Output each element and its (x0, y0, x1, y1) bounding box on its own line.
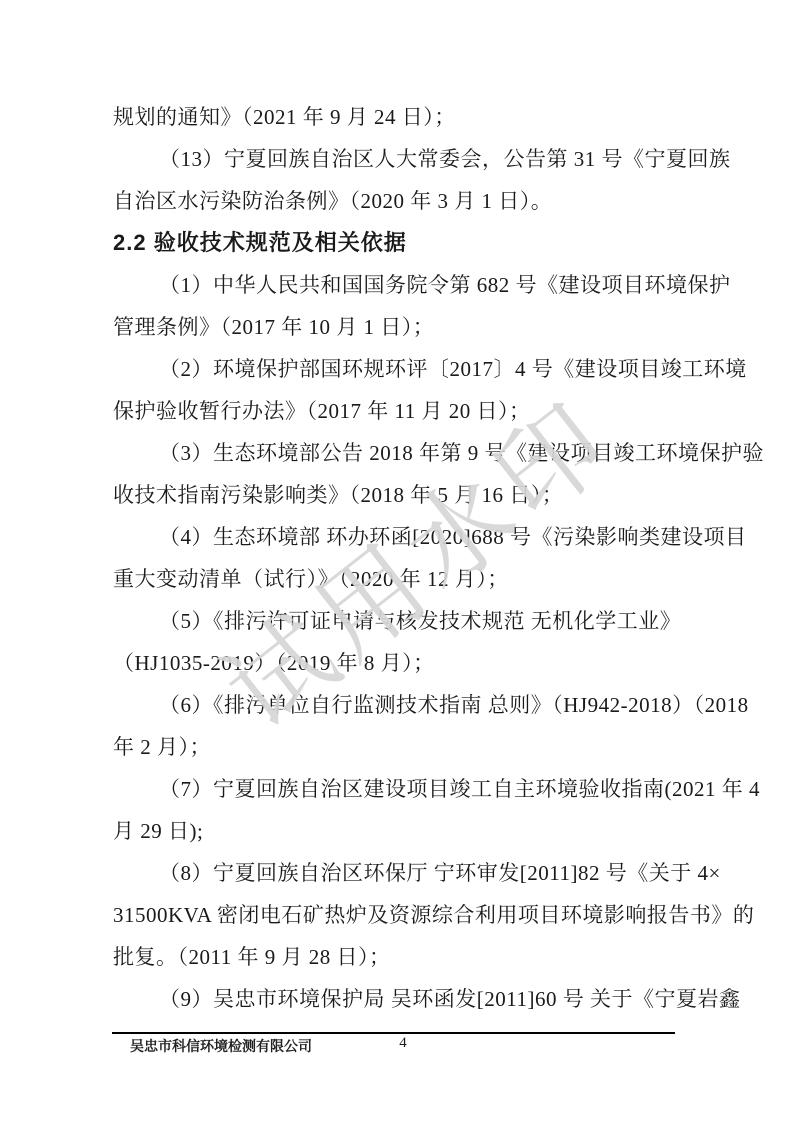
text-line: 收技术指南污染影响类》（2018 年 5 月 16 日）； (113, 474, 680, 516)
text-line: （2）环境保护部国环规环评〔2017〕4 号《建设项目竣工环境 (113, 348, 680, 390)
text-line: （1）中华人民共和国国务院令第 682 号《建设项目环境保护 (113, 264, 680, 306)
text-line: 重大变动清单（试行）》（2020 年 12 月）； (113, 558, 680, 600)
text-line: 批复。（2011 年 9 月 28 日）； (113, 936, 680, 978)
text-line: （9）吴忠市环境保护局 吴环函发[2011]60 号 关于《宁夏岩鑫 (113, 978, 680, 1020)
section-heading: 2.2 验收技术规范及相关依据 (113, 222, 680, 264)
text-line: （13）宁夏回族自治区人大常委会，公告第 31 号《宁夏回族 (113, 138, 680, 180)
text-line: （4）生态环境部 环办环函[2020]688 号《污染影响类建设项目 (113, 516, 680, 558)
footer-divider (112, 1032, 675, 1034)
text-line: 年 2 月）； (113, 726, 680, 768)
text-line: （3）生态环境部公告 2018 年第 9 号《建设项目竣工环境保护验 (113, 432, 680, 474)
text-line: （8）宁夏回族自治区环保厅 宁环审发[2011]82 号《关于 4× (113, 852, 680, 894)
text-line: （6）《排污单位自行监测技术指南 总则》（HJ942-2018）（2018 (113, 684, 680, 726)
text-line: 月 29 日); (113, 810, 680, 852)
footer-page-number: 4 (113, 1035, 693, 1052)
text-line: 31500KVA 密闭电石矿热炉及资源综合利用项目环境影响报告书》的 (113, 894, 680, 936)
text-line: 保护验收暂行办法》（2017 年 11 月 20 日）； (113, 390, 680, 432)
document-page: 规划的通知》（2021 年 9 月 24 日）；（13）宁夏回族自治区人大常委会… (0, 0, 793, 1122)
text-line: （7）宁夏回族自治区建设项目竣工自主环境验收指南(2021 年 4 (113, 768, 680, 810)
text-line: 管理条例》（2017 年 10 月 1 日）； (113, 306, 680, 348)
document-body: 规划的通知》（2021 年 9 月 24 日）；（13）宁夏回族自治区人大常委会… (113, 96, 680, 1020)
text-line: 规划的通知》（2021 年 9 月 24 日）； (113, 96, 680, 138)
text-line: （5）《排污许可证申请与核发技术规范 无机化学工业》 (113, 600, 680, 642)
text-line: （HJ1035-2019）（2019 年 8 月）； (113, 642, 680, 684)
text-line: 自治区水污染防治条例》（2020 年 3 月 1 日）。 (113, 180, 680, 222)
